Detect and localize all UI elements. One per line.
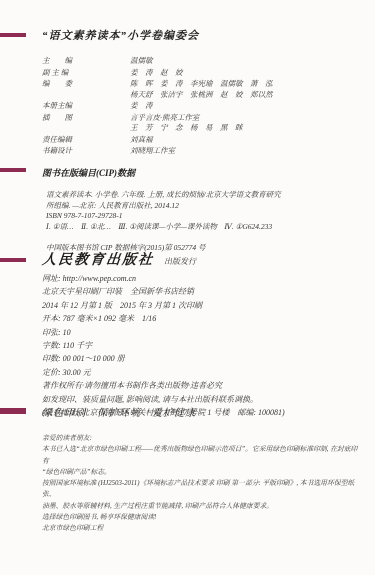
role-names: 姜 涛	[130, 101, 153, 112]
publisher-printrun: 印数: 00 001～10 000 册	[42, 352, 361, 365]
role-row: 插 图 言乎言皮·熊亮工作室 王 芳 宁 念 杨 易 黑 眯	[42, 113, 361, 134]
role-names: 刘真福	[130, 135, 153, 146]
section-marker-bar	[0, 408, 26, 414]
cip-section: 图书在版编目(CIP)数据 语文素养读本. 小学卷. 六年级. 上册, 成长的烦…	[42, 166, 361, 253]
green-printing-section: 绿色印刷 保护环境 爱护健康 亲爱的读者朋友: 本书已入选“北京市绿色印刷工程—…	[42, 404, 361, 535]
role-row: 副 主 编 姜 涛 赵 姣	[42, 68, 361, 79]
role-names: 姜 涛 赵 姣	[130, 68, 183, 79]
role-names-line: 杨天舒 张洁宇 张桃洲 赵 姣 郑以然	[130, 90, 273, 101]
role-row: 责任编辑 刘真福	[42, 135, 361, 146]
green-line: 亲爱的读者朋友:	[42, 433, 361, 444]
section-marker-bar	[0, 168, 26, 172]
green-line: 北京市绿色印刷工程	[42, 523, 361, 534]
cip-line: 语文素养读本. 小学卷. 六年级. 上册, 成长的烦恼/北京大学语文教育研究	[46, 190, 361, 201]
green-line: “绿色印刷产品”标志。	[42, 467, 361, 478]
role-label: 本册主编	[42, 101, 130, 112]
role-label: 编 委	[42, 79, 130, 100]
role-names-line: 王 芳 宁 念 杨 易 黑 眯	[130, 123, 243, 134]
role-names-line: 陈 晖 姜 涛 李宪瑜 温儒敏 萧 泓	[130, 79, 273, 90]
publisher-lines: 网址: http://www.pep.com.cn 北京天宇星印刷厂印装 全国新…	[42, 272, 361, 419]
publisher-printer: 北京天宇星印刷厂印装 全国新华书店经销	[42, 285, 361, 298]
copyright-page: “语文素养读本”小学卷编委会 主 编 温儒敏 副 主 编 姜 涛 赵 姣 编 委…	[0, 0, 375, 575]
cip-line: ISBN 978-7-107-29728-1	[46, 211, 361, 222]
publisher-logo-suffix: 出版发行	[164, 257, 196, 266]
role-label: 主 编	[42, 56, 130, 67]
role-names: 刘晓翔工作室	[130, 146, 175, 157]
role-names: 言乎言皮·熊亮工作室 王 芳 宁 念 杨 易 黑 眯	[130, 113, 243, 134]
green-line: 本书已入选“北京市绿色印刷工程——优秀出版物绿色印刷示范项目”。它采用绿色印刷标…	[42, 444, 361, 467]
role-names: 温儒敏	[130, 56, 153, 67]
section-marker-bar	[0, 33, 26, 37]
role-label: 书籍设计	[42, 146, 130, 157]
publisher-price: 定价: 30.00 元	[42, 366, 361, 379]
section-marker-bar	[0, 258, 26, 262]
cip-body: 语文素养读本. 小学卷. 六年级. 上册, 成长的烦恼/北京大学语文教育研究 所…	[46, 190, 361, 232]
publisher-edition: 2014 年 12 月第 1 版 2015 年 3 月第 1 次印刷	[42, 299, 361, 312]
green-line: 选择绿色印刷图书, 畅享环保健康阅读!	[42, 512, 361, 523]
role-label: 插 图	[42, 113, 130, 134]
publisher-website: 网址: http://www.pep.com.cn	[42, 272, 361, 285]
publisher-logo: 人民教育出版社	[41, 253, 155, 269]
cip-line: Ⅰ. ①语… Ⅱ. ①北… Ⅲ. ①阅读课—小学—课外读物 Ⅳ. ①G624.2…	[46, 222, 361, 233]
role-row: 主 编 温儒敏	[42, 56, 361, 67]
green-line: 油墨、胶水等原辅材料, 生产过程注重节能减排, 印刷产品符合人体健康要求。	[42, 501, 361, 512]
green-printing-heading: 绿色印刷 保护环境 爱护健康	[42, 404, 361, 419]
cip-line: 所组编. —北京: 人民教育出版社, 2014.12	[46, 201, 361, 212]
publisher-logo-row: 人民教育出版社 出版发行	[42, 252, 361, 270]
green-printing-body: 亲爱的读者朋友: 本书已入选“北京市绿色印刷工程——优秀出版物绿色印刷示范项目”…	[42, 433, 361, 535]
cip-heading: 图书在版编目(CIP)数据	[42, 166, 361, 179]
green-line: 按照国家环境标准 (HJ2503-2011)《环境标志产品技术要求 印刷 第一部…	[42, 478, 361, 501]
publisher-sheets: 印张: 10	[42, 326, 361, 339]
role-names-line: 言乎言皮·熊亮工作室	[130, 113, 243, 124]
publisher-format: 开本: 787 毫米×1 092 毫米 1/16	[42, 312, 361, 325]
role-label: 责任编辑	[42, 135, 130, 146]
publisher-copyright-notice: 著作权所有·请勿擅用本书制作各类出版物·违者必究	[42, 379, 361, 392]
role-label: 副 主 编	[42, 68, 130, 79]
role-row: 本册主编 姜 涛	[42, 101, 361, 112]
publisher-wordcount: 字数: 110 千字	[42, 339, 361, 352]
role-row: 书籍设计 刘晓翔工作室	[42, 146, 361, 157]
role-row: 编 委 陈 晖 姜 涛 李宪瑜 温儒敏 萧 泓 杨天舒 张洁宇 张桃洲 赵 姣 …	[42, 79, 361, 100]
committee-roles: 主 编 温儒敏 副 主 编 姜 涛 赵 姣 编 委 陈 晖 姜 涛 李宪瑜 温儒…	[42, 56, 361, 157]
committee-title: “语文素养读本”小学卷编委会	[42, 27, 361, 43]
publisher-section: 人民教育出版社 出版发行 网址: http://www.pep.com.cn 北…	[42, 252, 361, 419]
editorial-committee-section: “语文素养读本”小学卷编委会 主 编 温儒敏 副 主 编 姜 涛 赵 姣 编 委…	[42, 27, 361, 158]
role-names: 陈 晖 姜 涛 李宪瑜 温儒敏 萧 泓 杨天舒 张洁宇 张桃洲 赵 姣 郑以然	[130, 79, 273, 100]
